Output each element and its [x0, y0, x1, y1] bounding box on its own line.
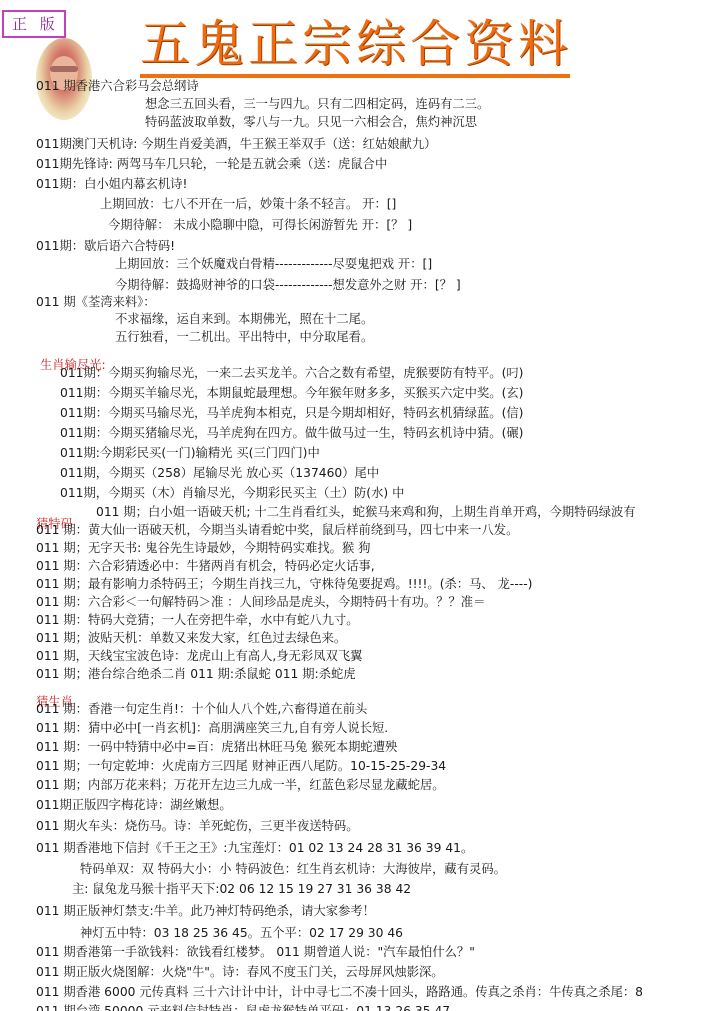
title-underline — [140, 74, 570, 78]
text-line: 011 期，天线宝宝波色诗：龙虎山上有高人,身无彩凤双飞翼 — [36, 648, 362, 664]
portrait-glasses — [50, 66, 78, 72]
text-line: 011期正版四字梅花诗：湖丝嫩想。 — [36, 797, 232, 813]
text-line: 五行独看，一二机出。平出特中，中分取尾看。 — [115, 329, 373, 345]
text-line: 011 期香港 6000 元传真料 三十六计计中计，计中寻七二不凑十回头，路路通… — [36, 984, 643, 1000]
text-line: 011 期香港地下信封《千王之王》:九宝莲灯：01 02 13 24 28 31… — [36, 840, 473, 856]
text-line: 011 期台湾 50000 元来料信封特肖：鼠虎龙猴特单平码：01 13 26 … — [36, 1003, 450, 1011]
text-line: 011 期火车头：烧伤马。诗：羊死蛇伤，三更半夜送特码。 — [36, 818, 359, 834]
text-line: 011期，今期买（木）肖输尽光，今期彩民买主（土）防(水) 中 — [60, 485, 404, 501]
text-line: 011 期；港台综合绝杀二肖 011 期:杀鼠蛇 011 期:杀蛇虎 — [36, 666, 356, 682]
text-line: 主: 鼠兔龙马猴十指平天下:02 06 12 15 19 27 31 36 38… — [72, 881, 411, 897]
text-line: 特码蓝波取单数，零八与一九。只见一六相会合，焦灼神沉思 — [145, 114, 477, 130]
text-line: 011 期；无字天书: 鬼谷先生诗最妙，今期特码实难找。猴 狗 — [36, 540, 370, 556]
text-line: 011 期；一句定乾坤：火虎南方三四尾 财神正西八尾防。10-15-25-29-… — [36, 758, 446, 774]
text-line: 011 期；白小姐一语破天机; 十二生肖看红头，蛇猴马来鸡和狗，上期生肖单开鸡，… — [96, 504, 636, 520]
text-line: 011 期《荃湾来料》： — [36, 294, 156, 310]
text-line: 011期先锋诗: 两驾马车几只轮，一轮是五就会乘（送：虎鼠合中 — [36, 156, 387, 172]
text-line: 今期待解： 未成小隐聊中隐，可得长闲游暂先 开：[？ ] — [108, 217, 412, 233]
text-line: 今期待解：鼓捣财神爷的口袋-------------想发意外之财 开：[？ ] — [115, 277, 461, 293]
text-line: 011 期：六合彩＜一句解特码＞准 ：人间珍品是虎头，今期特码十有功。？？准＝ — [36, 594, 485, 610]
text-line: 011 期正版火烧图解：火烧"牛"。诗：春风不度玉门关，云母屏风烛影深。 — [36, 964, 444, 980]
text-line: 上期回放：七八不开在一后，妙策十条不轻言。 开：[] — [100, 196, 396, 212]
text-line: 特码单双：双 特码大小：小 特码波色：红生肖玄机诗：大海彼岸，藏有灵码。 — [80, 861, 506, 877]
text-line: 011 期：六合彩猜透必中：牛猪两肖有机会，特码必定火话事, — [36, 558, 375, 574]
text-line: 不求福缘，运自来到。本期佛光，照在十二尾。 — [115, 311, 373, 327]
text-line: 011 期；波贴天机：单数又来发大家，红色过去绿色来。 — [36, 630, 346, 646]
text-line: 011期:今期彩民买(一门)输精光 买(三门四门)中 — [60, 445, 320, 461]
text-line: 011 期香港六合彩马会总纲诗 — [36, 78, 199, 94]
text-line: 011 期：香港一句定生肖!：十个仙人八个姓,六畜得道在前头 — [36, 701, 367, 717]
text-line: 011期：歇后语六合特码! — [36, 238, 175, 254]
text-line: 011 期：猜中必中[一肖玄机]：高朋满座笑三九,自有旁人说长短. — [36, 720, 388, 736]
text-line: 上期回放：三个妖魔戏白骨精-------------尽耍鬼把戏 开：[] — [115, 256, 432, 272]
text-line: 011 期：黄大仙一语破天机，今期当头请看蛇中奖，鼠后样前绕到马，四七中来一八发… — [36, 522, 518, 538]
text-line: 011期：今期买马输尽光，马羊虎狗本相克，只是今期却相好，特码玄机猜绿蓝。(信) — [60, 405, 523, 421]
text-line: 011 期；最有影响力杀特码王；今期生肖找三九，守株待兔要捉鸡。!!!!。(杀：… — [36, 576, 532, 592]
text-line: 011期，今期买（258）尾输尽光 放心买（137460）尾中 — [60, 465, 379, 481]
text-line: 011期澳门天机诗: 今期生肖爱美酒，牛王猴王举双手（送：红姑娘献九） — [36, 136, 436, 152]
text-line: 011 期；内部万花来料；万花开左边三九成一半，红蓝色彩尽显龙藏蛇居。 — [36, 777, 445, 793]
genuine-edition-badge: 正 版 — [2, 10, 66, 38]
text-line: 011期：今期买狗输尽光，一来二去买龙羊。六合之数有希望，虎猴要防有特平。(叼) — [60, 365, 523, 381]
text-line: 011期：白小姐内幕玄机诗! — [36, 176, 187, 192]
text-line: 011期：今期买羊输尽光，本期鼠蛇最理想。今年猴年财多多，买猴买六定中奖。(玄) — [60, 385, 523, 401]
text-line: 011 期香港第一手欲钱料：欲钱看红楼梦。 011 期曾道人说："汽车最怕什么？… — [36, 944, 475, 960]
text-line: 011 期：特码大竞猜；一人在旁把牛牵，水中有蛇八九寸。 — [36, 612, 359, 628]
text-line: 想念三五回头看，三一与四九。只有二四相定码，连码有二三。 — [145, 96, 489, 112]
text-line: 011 期：一码中特猜中必中=百：虎猪出林旺马兔 猴死本期蛇遭殃 — [36, 739, 397, 755]
text-line: 神灯五中特：03 18 25 36 45。五个平：02 17 29 30 46 — [80, 925, 403, 941]
page-title: 五鬼正宗综合资料 — [140, 14, 572, 76]
text-line: 011 期正版神灯禁支:牛羊。此乃神灯特码绝杀，请大家参考！ — [36, 903, 375, 919]
text-line: 011期：今期买猪输尽光，马羊虎狗在四方。做牛做马过一生，特码玄机诗中猜。(碾) — [60, 425, 523, 441]
